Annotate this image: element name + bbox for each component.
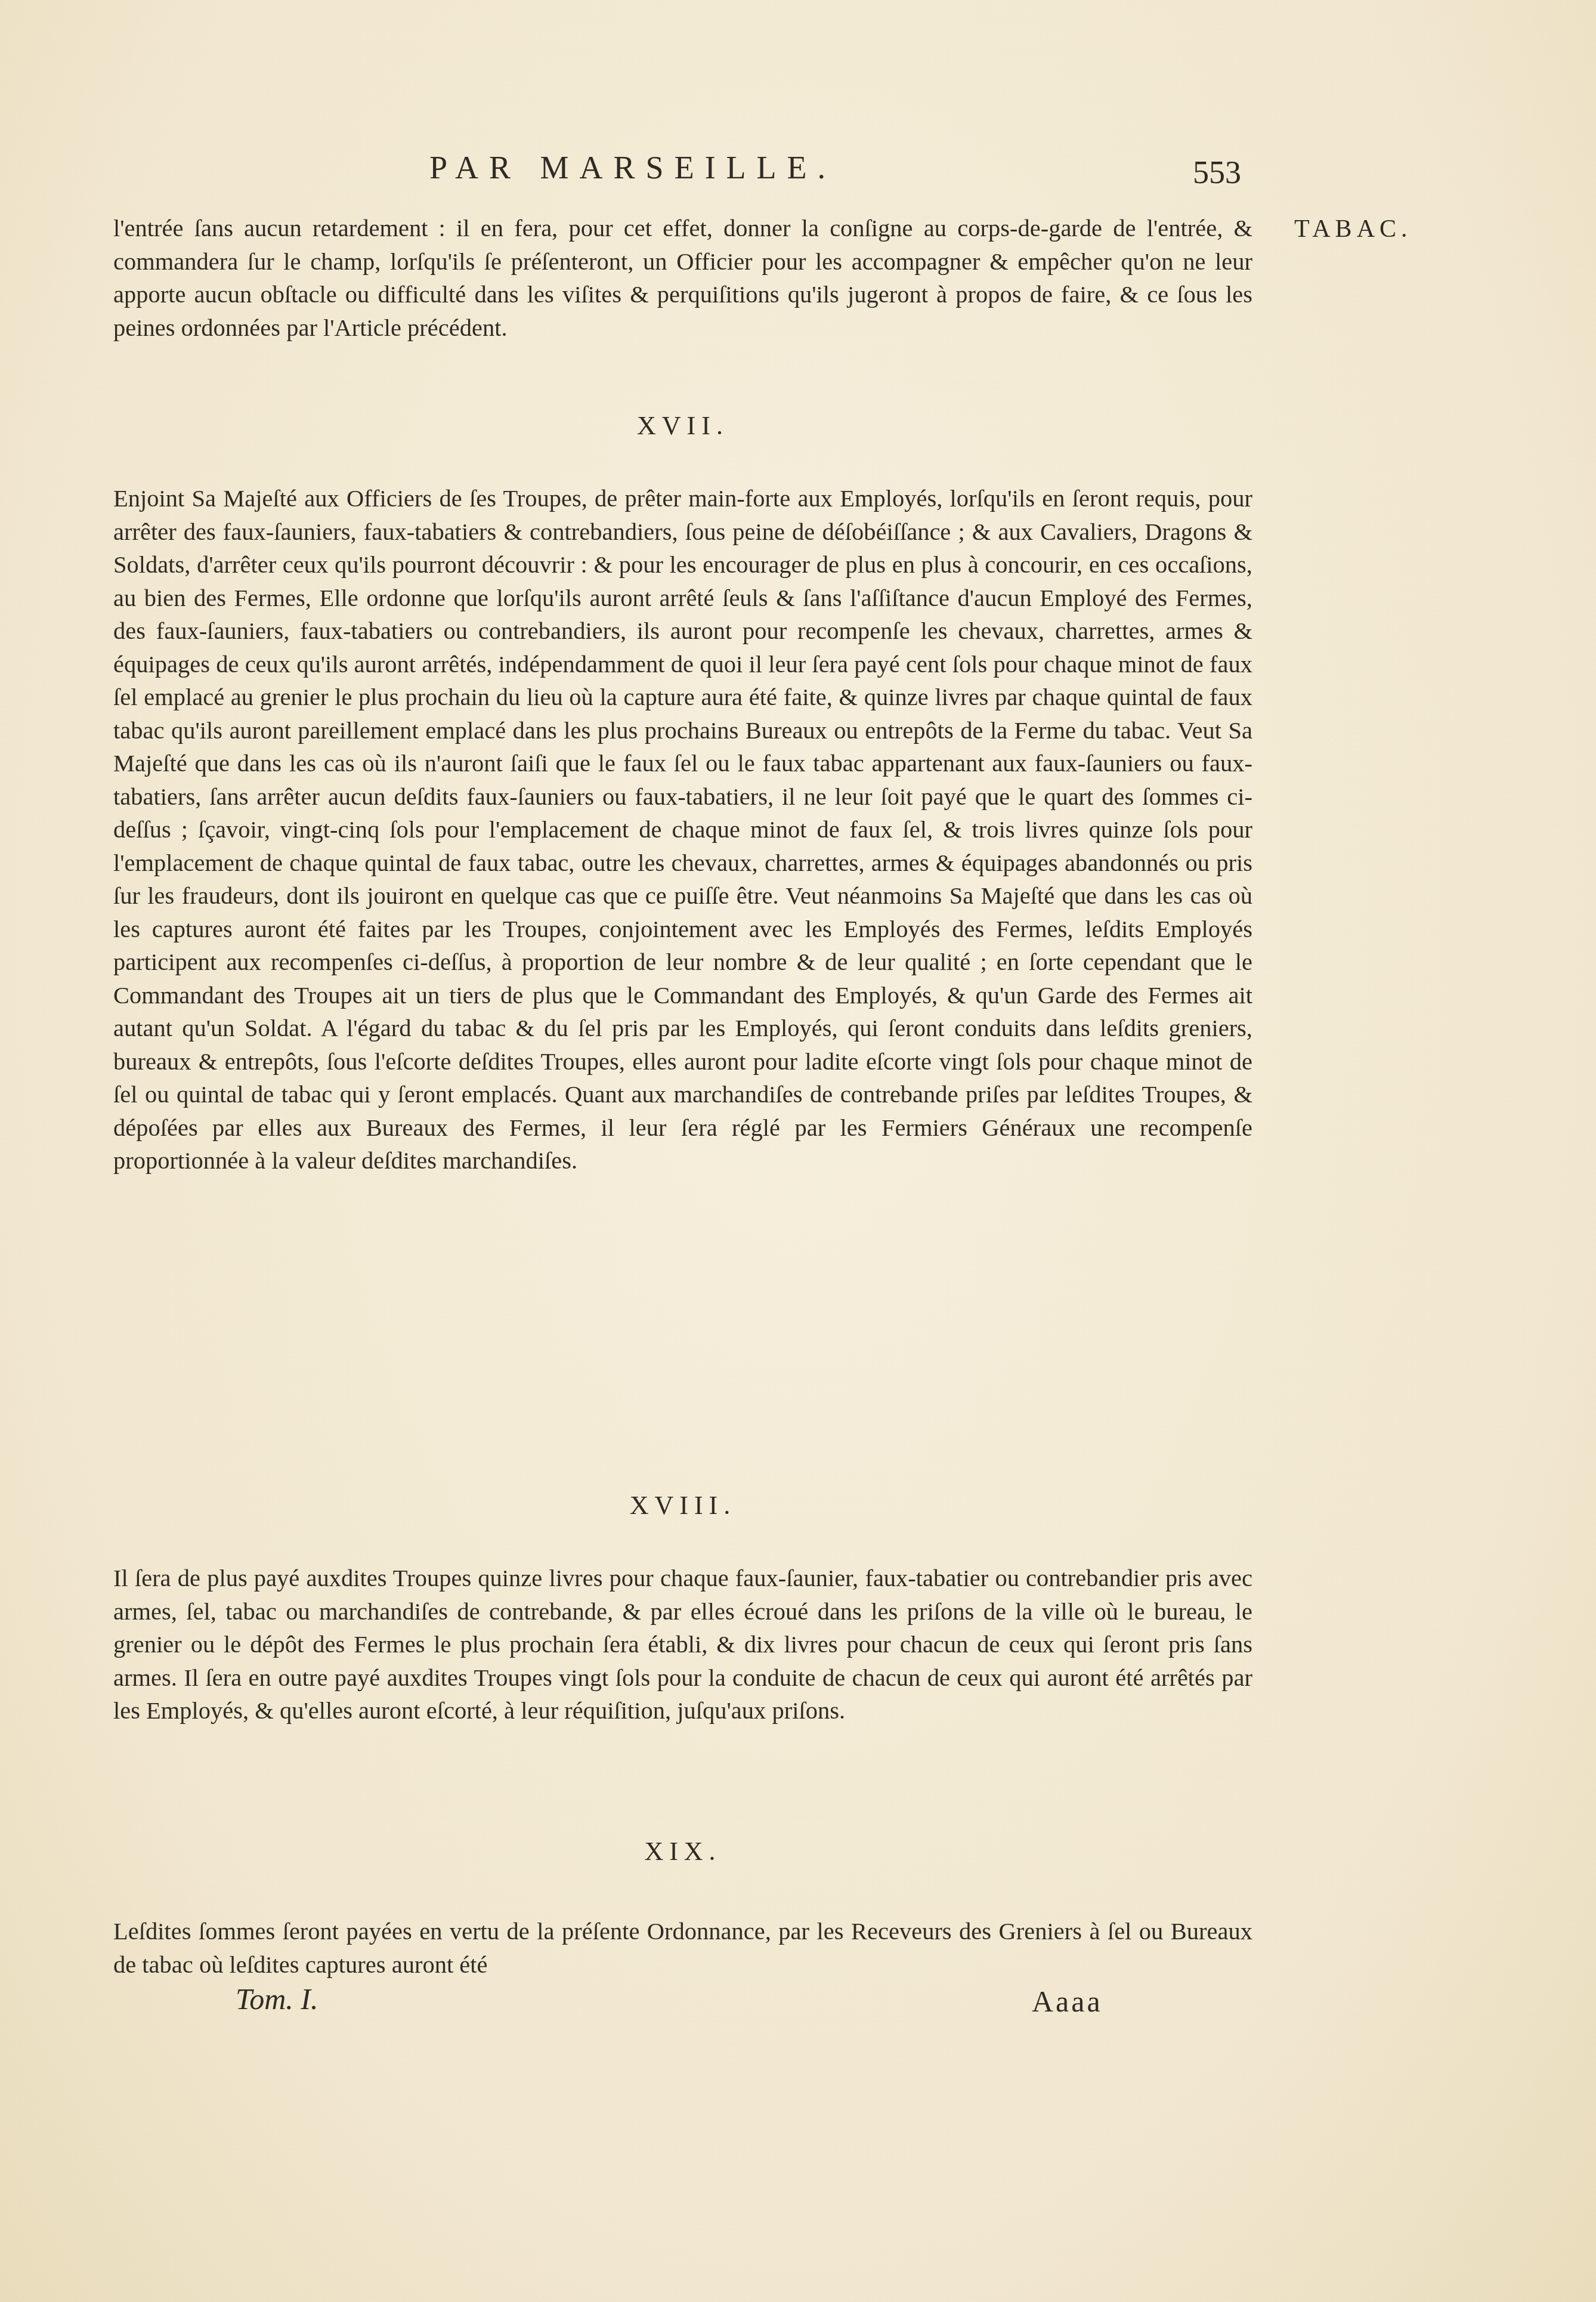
paragraph-text: l'entrée ſans aucun retardement : il en … <box>113 212 1252 344</box>
paragraph-text: Il ſera de plus payé auxdites Troupes qu… <box>113 1562 1252 1728</box>
book-page: PAR MARSEILLE. 553 TABAC. l'entrée ſans … <box>0 0 1596 2302</box>
article-xviii-body: Il ſera de plus payé auxdites Troupes qu… <box>113 1562 1252 1728</box>
paragraph-continuation: l'entrée ſans aucun retardement : il en … <box>113 212 1252 344</box>
running-head: PAR MARSEILLE. <box>429 149 836 186</box>
article-xix-body: Leſdites ſommes ſeront payées en vertu d… <box>113 1915 1252 1981</box>
article-heading-xviii: XVIII. <box>0 1490 1366 1521</box>
paragraph-text: Enjoint Sa Majeſté aux Officiers de ſes … <box>113 482 1252 1178</box>
signature-mark: Aaaa <box>1032 1984 1103 2019</box>
marginal-note: TABAC. <box>1294 215 1412 243</box>
article-heading-xvii: XVII. <box>0 410 1366 441</box>
page-number: 553 <box>1193 154 1241 191</box>
volume-label: Tom. I. <box>236 1982 318 2016</box>
paragraph-text: Leſdites ſommes ſeront payées en vertu d… <box>113 1915 1252 1981</box>
article-xvii-body: Enjoint Sa Majeſté aux Officiers de ſes … <box>113 482 1252 1178</box>
article-heading-xix: XIX. <box>0 1836 1366 1867</box>
